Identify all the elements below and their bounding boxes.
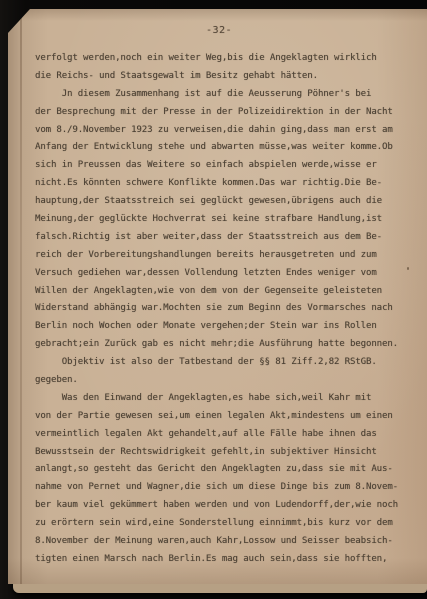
text-line: reich der Vorbereitungshandlungen bereit… — [35, 247, 405, 265]
text-line: hauptung,der Staatsstreich sei geglückt … — [35, 193, 405, 211]
text-line: Willen der Angeklagten,wie von dem von d… — [35, 283, 405, 301]
text-line: ber kaum viel gekümmert haben werden und… — [35, 497, 405, 515]
text-line: Jn diesem Zusammenhang ist auf die Aeuss… — [35, 86, 405, 104]
paper-speck — [407, 267, 409, 270]
page-number: -32- — [35, 25, 403, 36]
document-page: -32- verfolgt werden,noch ein weiter Weg… — [8, 9, 427, 584]
text-line: vermeintlich legalen Akt gehandelt,auf a… — [35, 426, 405, 444]
text-line: Versuch gediehen war,dessen Vollendung l… — [35, 265, 405, 283]
text-line: Was den Einwand der Angeklagten,es habe … — [35, 390, 405, 408]
text-line: gebracht;ein Zurück gab es nicht mehr;di… — [35, 336, 405, 354]
text-line: nahme von Pernet und Wagner,die sich um … — [35, 479, 405, 497]
text-line: gegeben. — [35, 372, 405, 390]
text-line: vom 8./9.November 1923 zu verweisen,die … — [35, 122, 405, 140]
text-line: die Reichs- und Staatsgewalt im Besitz g… — [35, 68, 405, 86]
text-line: Anfang der Entwicklung stehe und abwarte… — [35, 139, 405, 157]
text-line: Objektiv ist also der Tatbestand der §§ … — [35, 354, 405, 372]
left-edge-crease — [20, 9, 22, 584]
text-line: anlangt,so gesteht das Gericht den Angek… — [35, 461, 405, 479]
text-line: zu erörtern sein wird,eine Sonderstellun… — [35, 515, 405, 533]
text-line: Berlin noch Wochen oder Monate vergehen;… — [35, 318, 405, 336]
text-line: tigten einen Marsch nach Berlin.Es mag a… — [35, 551, 405, 569]
text-line: Meinung,der geglückte Hochverrat sei kei… — [35, 211, 405, 229]
text-line: der Besprechung mit der Presse in der Po… — [35, 104, 405, 122]
text-line: falsch.Richtig ist aber weiter,dass der … — [35, 229, 405, 247]
text-line: sich in Preussen das Weitere so einfach … — [35, 157, 405, 175]
text-line: nicht.Es könnten schwere Konflikte komme… — [35, 175, 405, 193]
text-line: von der Partie gewesen sei,um einen lega… — [35, 408, 405, 426]
text-line: verfolgt werden,noch ein weiter Weg,bis … — [35, 50, 405, 68]
text-line: Widerstand abhängig war.Mochten sie zum … — [35, 300, 405, 318]
document-photo: -32- verfolgt werden,noch ein weiter Weg… — [0, 0, 427, 599]
text-line: Bewusstsein der Rechtswidrigkeit gefehlt… — [35, 444, 405, 462]
text-line: 8.November der Meinung waren,auch Kahr,L… — [35, 533, 405, 551]
body-text: verfolgt werden,noch ein weiter Weg,bis … — [35, 50, 405, 569]
